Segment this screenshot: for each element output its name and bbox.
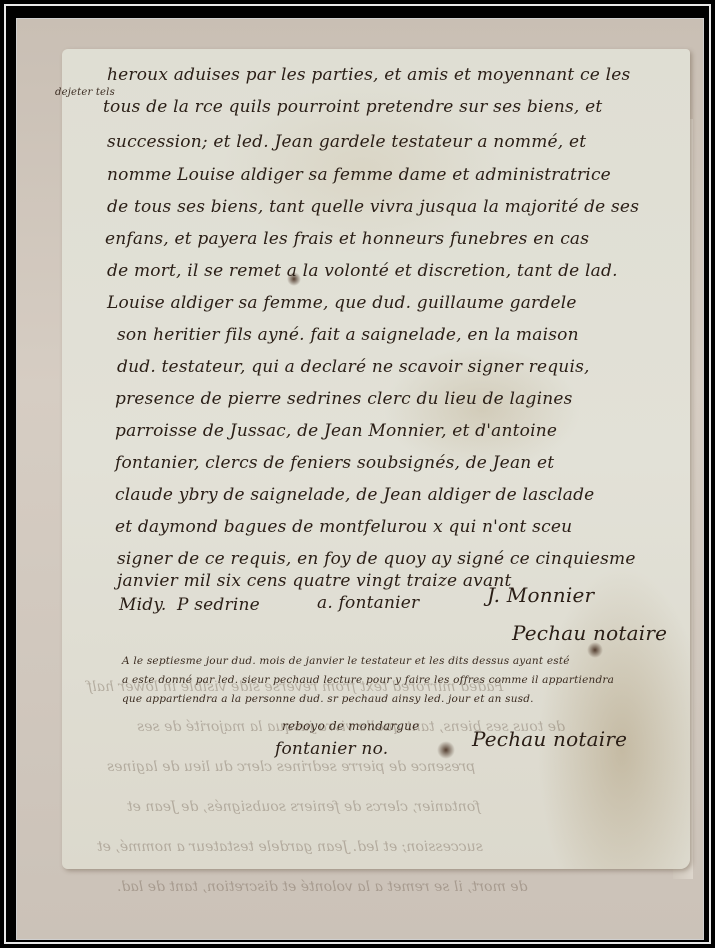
text-line: presence de pierre sedrines clerc du lie…	[115, 389, 573, 409]
text-line: et daymond bagues de montfelurou x qui n…	[115, 517, 572, 537]
text-line: Louise aldiger sa femme, que dud. guilla…	[107, 293, 577, 313]
ghost-line: succession; et led. Jean gardele testate…	[97, 839, 483, 855]
text-line: tous de la rce quils pourroint pretendre…	[103, 97, 602, 117]
text-line: Midy.	[119, 595, 166, 615]
text-line: enfans, et payera les frais et honneurs …	[105, 229, 589, 249]
text-line: de mort, il se remet a la volonté et dis…	[107, 261, 618, 281]
text-line: heroux aduises par les parties, et amis …	[107, 65, 630, 85]
text-line: janvier mil six cens quatre vingt traize…	[117, 571, 512, 591]
addendum-line: que appartiendra a la personne dud. sr p…	[122, 693, 534, 705]
addendum-signature: fontanier no.	[275, 739, 388, 759]
ink-blot	[437, 741, 455, 759]
witness-signature: J. Monnier	[487, 583, 594, 607]
witness-signature: P sedrine	[177, 595, 260, 615]
text-line: claude ybry de saignelade, de Jean aldig…	[115, 485, 594, 505]
text-line: de tous ses biens, tant quelle vivra jus…	[107, 197, 639, 217]
witness-signature: a. fontanier	[317, 593, 419, 613]
text-line: nomme Louise aldiger sa femme dame et ad…	[107, 165, 611, 185]
text-line: dud. testateur, qui a declaré ne scavoir…	[117, 357, 590, 377]
text-line: son heritier fils ayné. fait a saignelad…	[117, 325, 579, 345]
ghost-line: fontanier, clercs de feniers soubsignés,…	[127, 799, 480, 815]
notary-signature: Pechau notaire	[512, 621, 667, 645]
ghost-line: de mort, il se remet a la volonté et dis…	[117, 879, 528, 895]
addendum-signature: reboyo de mondargue	[282, 719, 419, 733]
addendum-notary-signature: Pechau notaire	[472, 727, 627, 751]
text-line: parroisse de Jussac, de Jean Monnier, et…	[115, 421, 557, 441]
text-line: fontanier, clercs de feniers soubsignés,…	[115, 453, 554, 473]
ghost-line: presence de pierre sedrines clerc du lie…	[107, 759, 475, 775]
addendum-line: a este donné par led. sieur pechaud lect…	[122, 674, 614, 686]
photo-frame: Faded mirrored text from reverse side vi…	[4, 4, 711, 944]
addendum-line: A le septiesme jour dud. mois de janvier…	[122, 655, 570, 667]
text-line: succession; et led. Jean gardele testate…	[107, 132, 586, 152]
photo-background: Faded mirrored text from reverse side vi…	[16, 18, 704, 940]
text-line: signer de ce requis, en foy de quoy ay s…	[117, 549, 636, 569]
